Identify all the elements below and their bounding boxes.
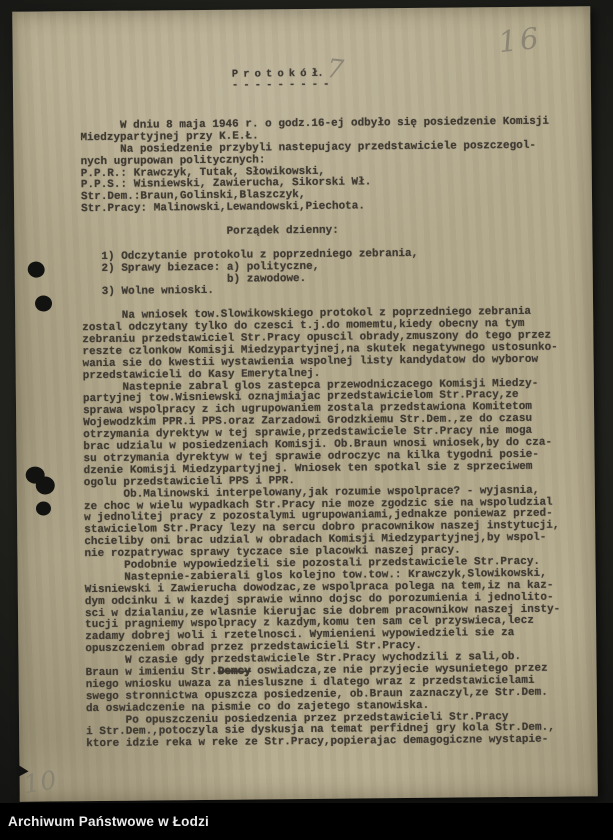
scan-background: P r o t o k ó ł. - - - - - - - - - 7 16 … bbox=[0, 0, 613, 840]
archive-watermark-label: Archiwum Państwowe w Łodzi bbox=[8, 814, 209, 829]
document-page: P r o t o k ó ł. - - - - - - - - - 7 16 … bbox=[12, 6, 598, 802]
punch-hole bbox=[35, 295, 52, 311]
handwritten-page-number-bottom: 10 bbox=[21, 765, 59, 799]
title-underline: - - - - - - - - - bbox=[232, 79, 329, 92]
archive-watermark-bar: Archiwum Państwowe w Łodzi bbox=[0, 803, 613, 840]
handwritten-page-number-top: 16 bbox=[497, 21, 544, 60]
document-line: ktore idzie reka w reke ze Str.Pracy,pop… bbox=[86, 735, 586, 752]
handwritten-protocol-number: 7 bbox=[325, 54, 345, 86]
document-body: W dniu 8 maja 1946 r. o godz.16-ej odbył… bbox=[80, 116, 586, 751]
punch-hole bbox=[26, 260, 46, 280]
punch-hole bbox=[36, 501, 51, 515]
punch-hole bbox=[36, 476, 55, 494]
